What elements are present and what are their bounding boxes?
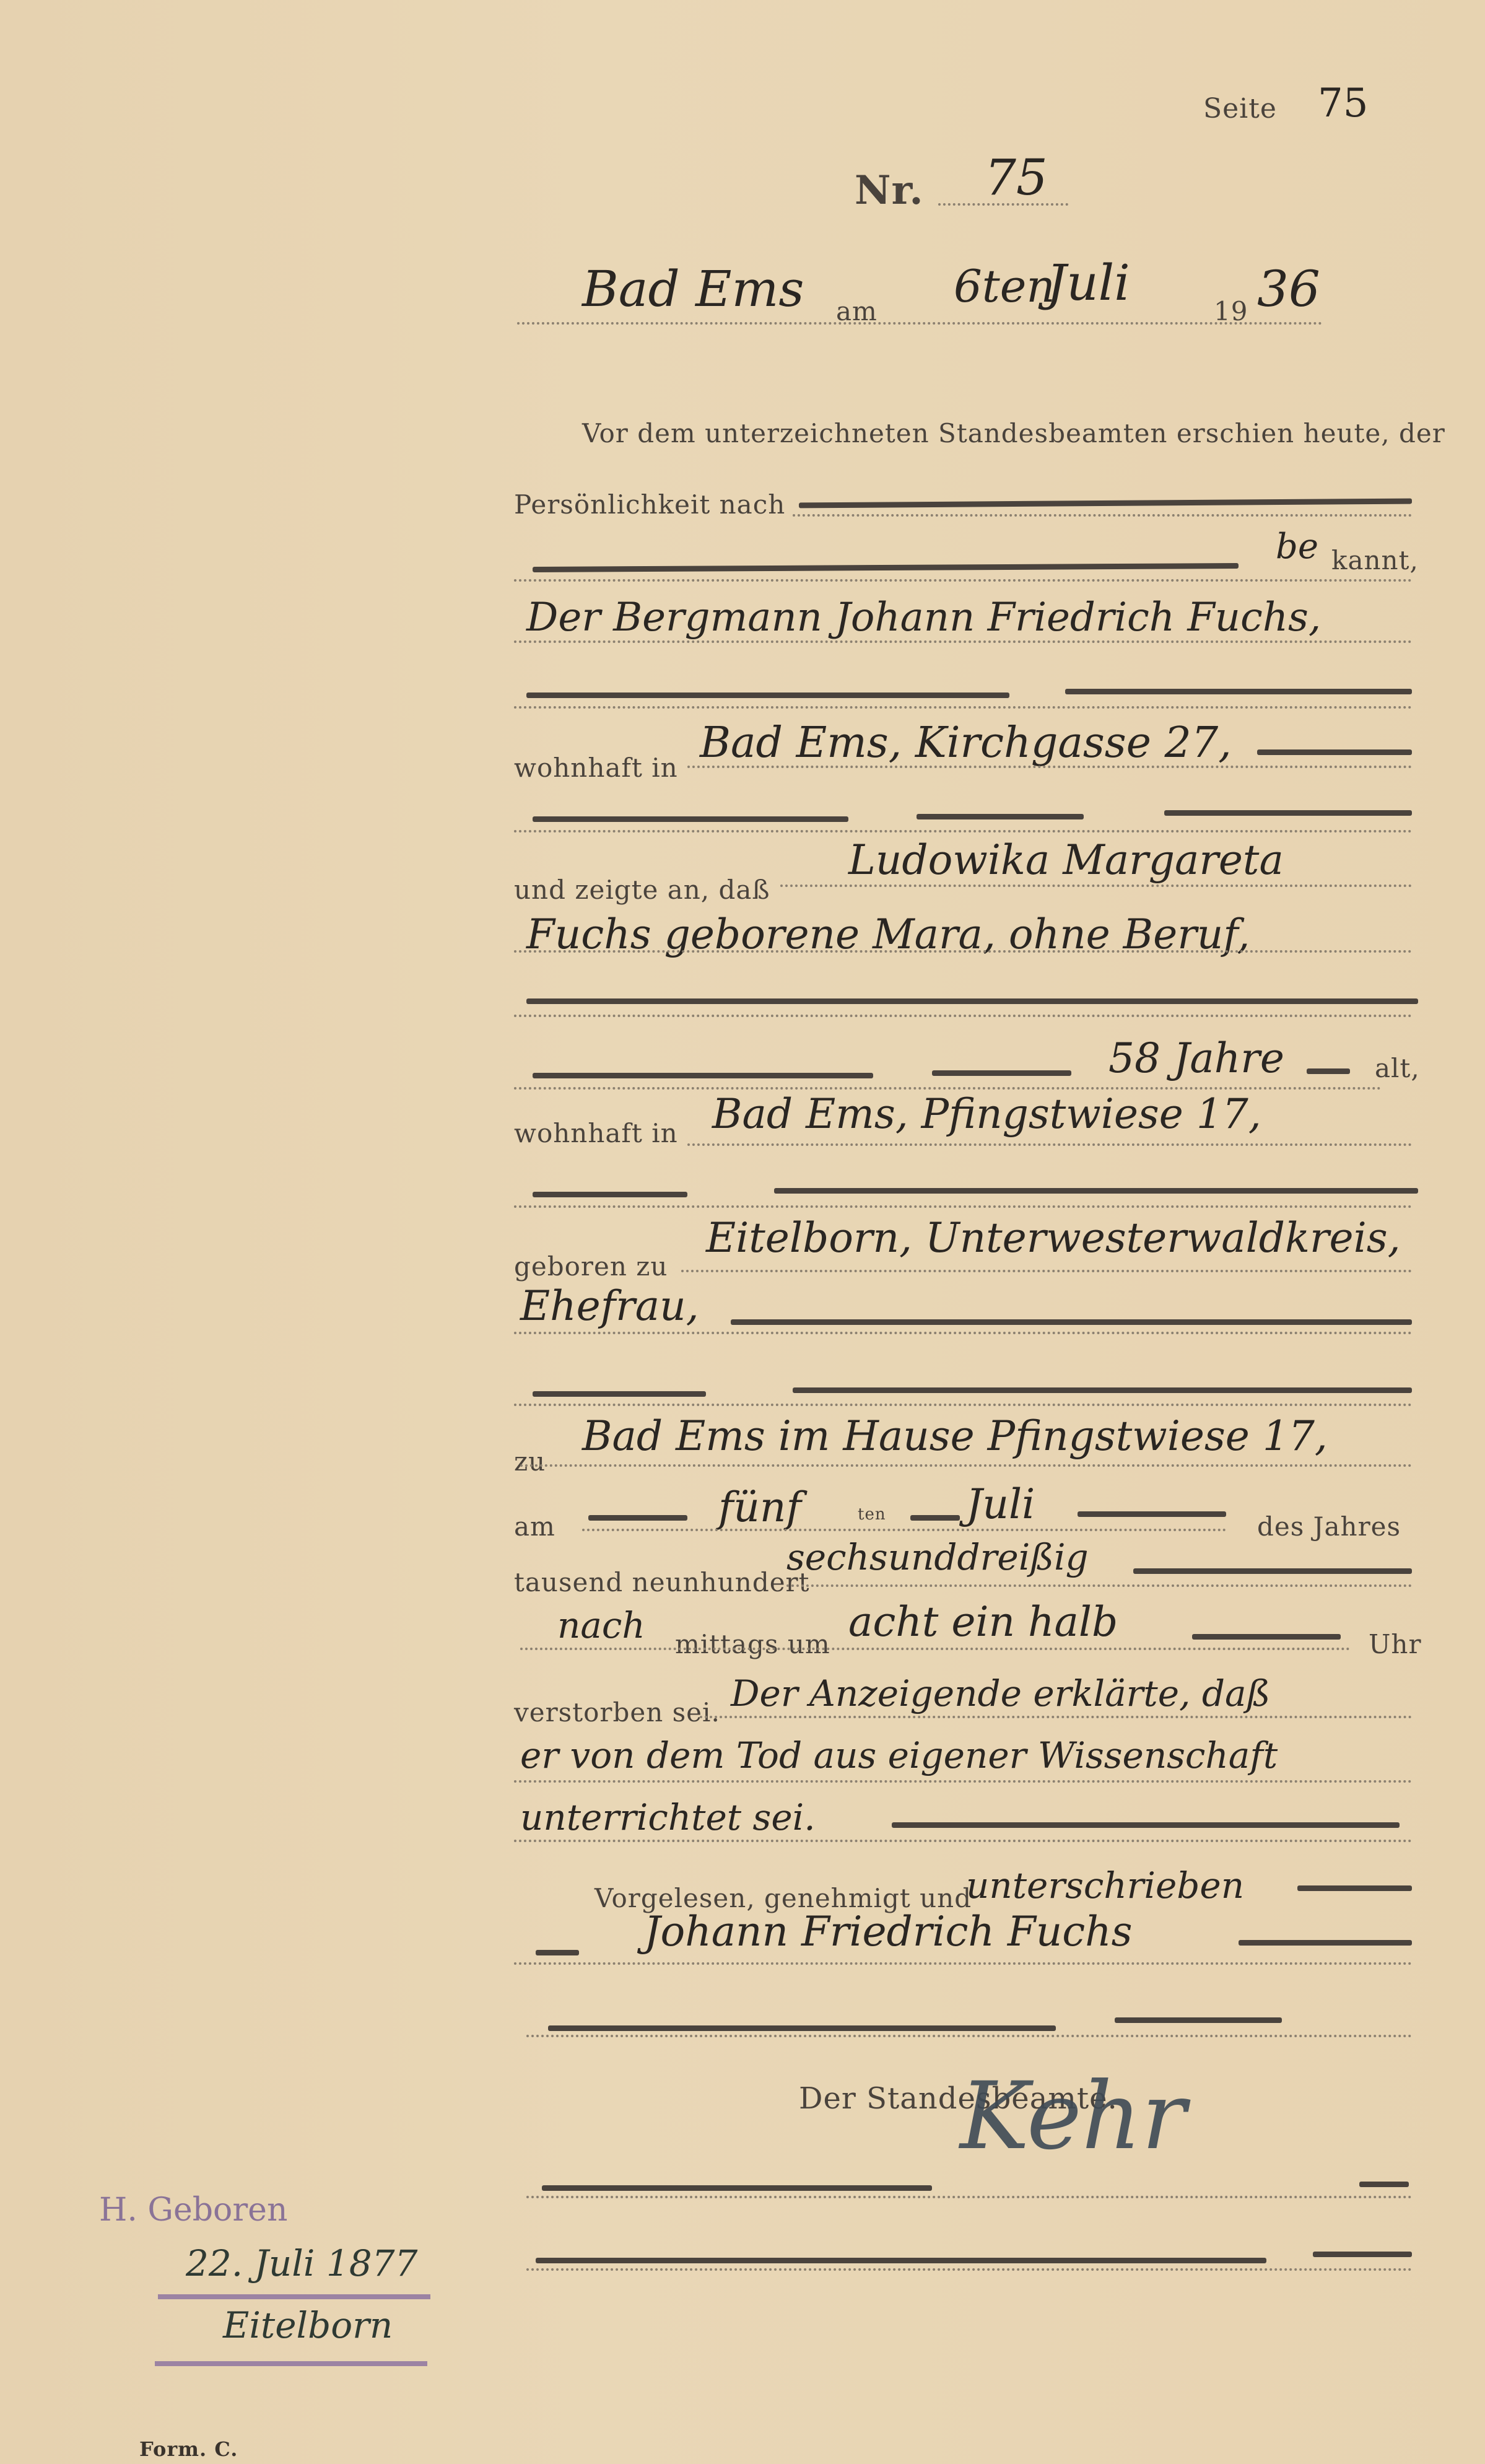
deceased-label: verstorben sei. [514, 1697, 720, 1728]
death-year: sechsunddreißig [786, 1536, 1089, 1578]
age-label: alt, [1375, 1053, 1420, 1083]
time-prefix: nach [557, 1604, 645, 1646]
place-of-death-label: zu [514, 1446, 546, 1477]
statement-line-2: er von dem Tod aus eigener Wissenschaft [520, 1734, 1278, 1776]
signed-word: unterschrieben [966, 1864, 1244, 1907]
year-label: tausend neunhundert [514, 1567, 810, 1597]
death-am-label: am [514, 1511, 555, 1542]
year-suffix: 36 [1257, 260, 1320, 318]
deceased-age: 58 Jahre [1108, 1034, 1284, 1082]
informant-name: Der Bergmann Johann Friedrich Fuchs, [526, 595, 1321, 640]
hour-label: Uhr [1369, 1629, 1422, 1659]
time-label: mittags um [675, 1629, 830, 1659]
statement-line-1: Der Anzeigende erklärte, daß [731, 1672, 1270, 1715]
year-of-label: des Jahres [1257, 1511, 1401, 1542]
nr-value: 75 [985, 149, 1048, 206]
record-day: 6ten [954, 260, 1055, 312]
death-month: Juli [966, 1480, 1035, 1528]
birthplace-label: geboren zu [514, 1251, 668, 1282]
nr-label: Nr. [855, 167, 924, 214]
known-label: kannt, [1331, 545, 1419, 575]
deceased-name: Ludowika Margareta [848, 836, 1284, 884]
birth-stamp: H. Geboren [99, 2191, 287, 2229]
marital-status: Ehefrau, [520, 1282, 699, 1330]
deceased-residence-label: wohnhaft in [514, 1118, 678, 1148]
known-prefix: be [1276, 526, 1318, 567]
death-day: fünf [718, 1483, 801, 1531]
informant-signature: Johann Friedrich Fuchs [644, 1908, 1133, 1955]
informant-residence: Bad Ems, Kirchgasse 27, [700, 719, 1232, 767]
death-time: acht ein halb [848, 1598, 1118, 1646]
place-of-death: Bad Ems im Hause Pfingstwiese 17, [582, 1412, 1328, 1460]
deceased-residence: Bad Ems, Pfingstwiese 17, [712, 1090, 1261, 1138]
intro-text: Vor dem unterzeichneten Standesbeamten e… [582, 418, 1445, 448]
page-number: 75 [1318, 81, 1368, 126]
record-place: Bad Ems [582, 260, 804, 318]
birthplace: Eitelborn, Unterwesterwaldkreis, [706, 1214, 1401, 1262]
death-day-suffix: ten [858, 1505, 886, 1524]
registrar-signature: Kehr [960, 2063, 1186, 2170]
form-label: Form. C. [139, 2437, 238, 2461]
record-month: Juli [1047, 254, 1130, 312]
statement-line-3: unterrichtet sei. [520, 1796, 816, 1838]
residence-label: wohnhaft in [514, 753, 678, 783]
birth-place: Eitelborn [223, 2304, 393, 2346]
reported-label: und zeigte an, daß [514, 875, 770, 905]
personality-label: Persönlichkeit nach [514, 489, 785, 520]
page-label: Seite [1203, 93, 1277, 125]
birth-date: 22. Juli 1877 [186, 2242, 417, 2284]
